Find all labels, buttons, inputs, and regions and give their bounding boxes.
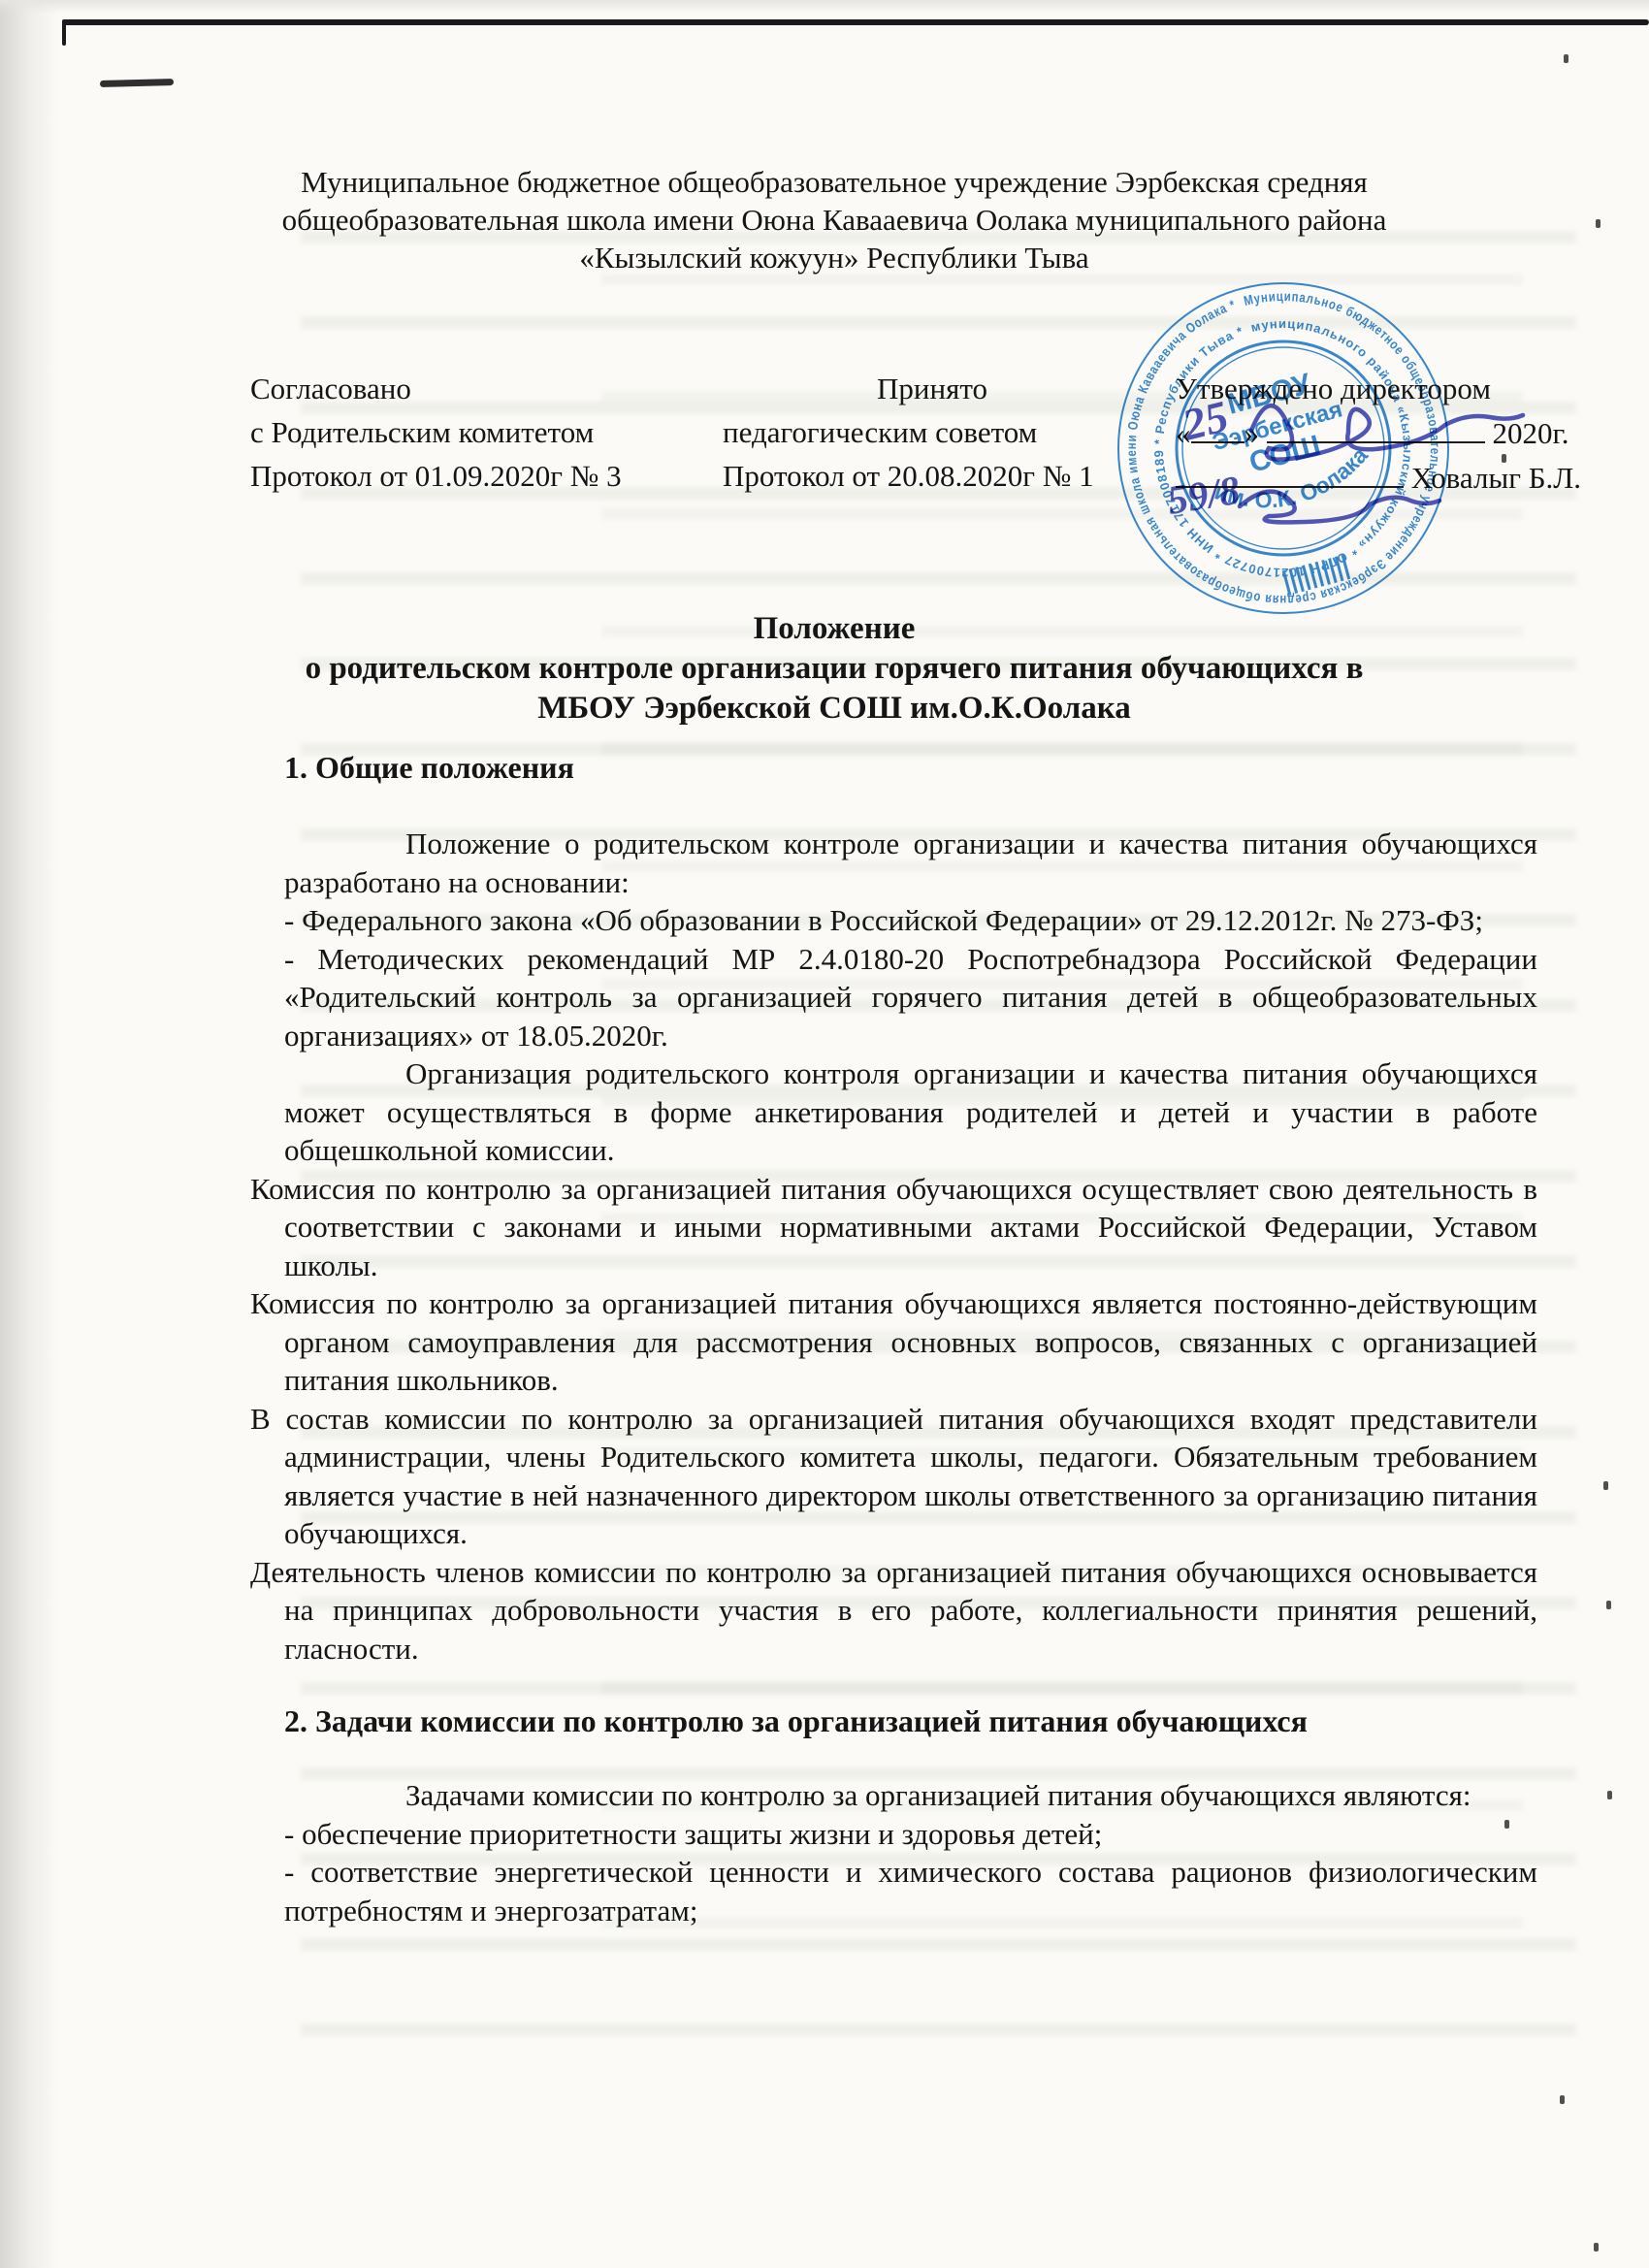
header-line: Муниципальное бюджетное общеобразователь… [233, 163, 1436, 201]
scan-top-border-hook [62, 19, 66, 46]
document-title: Положение о родительском контроле органи… [233, 609, 1436, 729]
header-line: общеобразовательная школа имени Оюна Кав… [233, 201, 1436, 239]
ink-speck [1564, 54, 1568, 63]
pen-dash-mark [100, 79, 174, 87]
school-name-header: Муниципальное бюджетное общеобразователь… [233, 163, 1436, 276]
accepted-line: Протокол от 20.08.2020г № 1 [723, 454, 1142, 498]
ink-speck [1606, 1601, 1611, 1609]
paragraph: - Методических рекомендаций МР 2.4.0180-… [284, 940, 1537, 1055]
paragraph: В состав комиссии по контролю за организ… [284, 1400, 1537, 1553]
paragraph: Задачами комиссии по контролю за организ… [284, 1776, 1537, 1815]
handwritten-note: 59/8 [1164, 469, 1243, 524]
paragraph: - Федерального закона «Об образовании в … [284, 901, 1537, 940]
handwritten-day: 25 [1177, 391, 1233, 450]
paragraph: Организация родительского контроля орган… [284, 1054, 1537, 1170]
accepted-block: Принято педагогическим советом Протокол … [723, 367, 1142, 498]
ink-speck [1603, 1481, 1608, 1490]
scan-left-edge [0, 0, 58, 2268]
paragraph: Деятельность членов комиссии по контролю… [284, 1553, 1537, 1669]
title-line: Положение [233, 609, 1436, 649]
agreed-line: Протокол от 01.09.2020г № 3 [250, 454, 622, 498]
paragraph: Комиссия по контролю за организацией пит… [284, 1170, 1537, 1285]
paragraph: Комиссия по контролю за организацией пит… [284, 1284, 1537, 1400]
agreed-line: Согласовано [250, 367, 622, 410]
title-line: МБОУ Ээрбекской СОШ им.О.К.Оолака [233, 689, 1436, 729]
paragraph: Положение о родительском контроле органи… [284, 825, 1537, 901]
accepted-line: педагогическим советом [723, 410, 1142, 454]
director-signature: 25 59/8 [1106, 369, 1634, 548]
paragraph: - соответствие энергетической ценности и… [284, 1853, 1537, 1929]
paragraph: - обеспечение приоритетности защиты жизн… [284, 1815, 1537, 1854]
ink-speck [1596, 219, 1600, 228]
scan-top-shade [0, 0, 1649, 14]
agreed-line: с Родительским комитетом [250, 410, 622, 454]
document-page: Муниципальное бюджетное общеобразователь… [0, 0, 1649, 2268]
ink-speck [1560, 2095, 1565, 2104]
section-1-heading: 1. Общие положения [284, 750, 1537, 786]
title-line: о родительском контроле организации горя… [233, 649, 1436, 689]
scan-top-border-line [62, 19, 1649, 25]
agreed-block: Согласовано с Родительским комитетом Про… [250, 367, 622, 498]
ink-speck [1607, 1791, 1612, 1799]
document-body: 1. Общие положения Положение о родительс… [284, 750, 1537, 1929]
section-2-heading: 2. Задачи комиссии по контролю за органи… [284, 1703, 1537, 1739]
accepted-line: Принято [723, 367, 1142, 410]
ink-speck [1594, 2243, 1599, 2252]
signature-stroke [1251, 405, 1523, 459]
signature-stroke [1240, 492, 1439, 523]
